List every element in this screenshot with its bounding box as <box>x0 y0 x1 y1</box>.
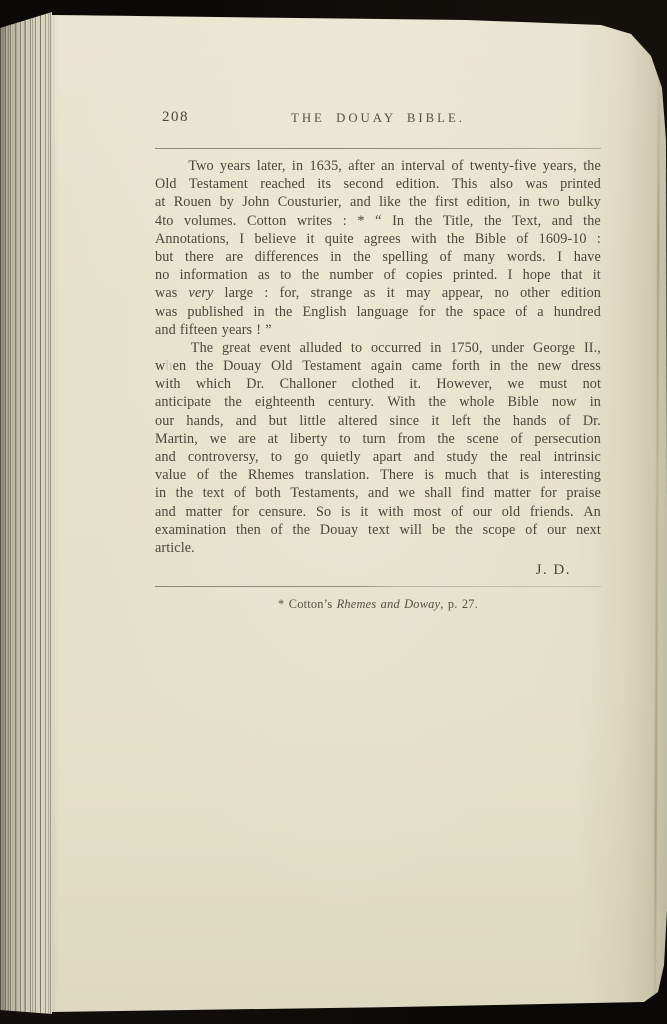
word: edition, <box>467 194 511 211</box>
word: at <box>268 431 278 448</box>
word: Testament <box>189 176 248 193</box>
word: of <box>197 467 209 484</box>
word: edition <box>561 285 601 302</box>
word: as <box>363 285 375 302</box>
word: There <box>380 467 414 484</box>
word: in <box>430 340 441 357</box>
word: little <box>299 413 326 430</box>
text-line: 4tovolumes.Cottonwrites:*“IntheTitle,the… <box>155 213 601 231</box>
word: may <box>406 285 431 302</box>
word: : <box>597 231 601 248</box>
word: was <box>155 285 177 302</box>
word: Cotton <box>247 213 286 230</box>
word: also <box>490 176 513 193</box>
text-line: inthetextofbothTestaments,andweshallfind… <box>155 485 601 503</box>
text-line: waspublishedintheEnglishlanguageforthesp… <box>155 304 601 322</box>
word: great <box>222 340 251 357</box>
word: scope <box>483 522 516 539</box>
word: it <box>431 413 439 430</box>
word: space <box>473 304 505 321</box>
word: in <box>292 158 303 175</box>
text-line: Martin,weareatlibertytoturnfromthesceneo… <box>155 431 601 449</box>
word: the <box>484 213 502 230</box>
word: not <box>583 376 601 393</box>
spine-crease <box>654 65 660 1000</box>
word: text <box>368 522 390 539</box>
word: and <box>236 413 257 430</box>
word: 1750, <box>450 340 482 357</box>
word: agrees <box>364 231 401 248</box>
word: apart <box>373 449 402 466</box>
word: fifteen <box>180 322 218 339</box>
word: it <box>387 285 395 302</box>
word: differences <box>255 249 319 266</box>
word: an <box>381 158 395 175</box>
footnote-line: * Cotton’s Rhemes and Doway, p. 27. <box>155 597 601 612</box>
word: matter <box>494 485 531 502</box>
word: twenty-five <box>470 158 537 175</box>
word: it <box>593 267 601 284</box>
word: left <box>452 413 471 430</box>
word: our <box>155 413 174 430</box>
word: we <box>210 431 227 448</box>
running-title: THE DOUAY BIBLE. <box>155 111 601 126</box>
word: was <box>525 176 547 193</box>
word: it <box>360 504 368 521</box>
word: the <box>429 394 447 411</box>
word: The <box>191 340 213 357</box>
word: two <box>538 194 560 211</box>
word: writes <box>297 213 332 230</box>
word: However, <box>436 376 492 393</box>
word: ! <box>256 322 261 339</box>
word: by <box>220 194 234 211</box>
word: strange <box>311 285 353 302</box>
word: translation. <box>305 467 370 484</box>
word: that <box>487 467 509 484</box>
word: 1635, <box>310 158 342 175</box>
word: of <box>440 249 452 266</box>
word: Testaments, <box>290 485 358 502</box>
word: forth <box>452 358 480 375</box>
word: later, <box>257 158 286 175</box>
word: under <box>491 340 524 357</box>
word: is <box>424 467 434 484</box>
word: both <box>255 485 281 502</box>
text-line: atRouenbyJohnCousturier,andlikethefirste… <box>155 194 601 212</box>
word: the <box>583 213 601 230</box>
word: Dr. <box>246 376 264 393</box>
word: the <box>445 304 463 321</box>
word: language <box>357 304 409 321</box>
word: must <box>539 376 567 393</box>
word: the <box>490 449 508 466</box>
word: and <box>350 194 371 211</box>
word: we <box>398 485 415 502</box>
word: century. <box>328 394 374 411</box>
page-header: 208 THE DOUAY BIBLE. <box>155 109 601 128</box>
word: years, <box>543 158 577 175</box>
word: the <box>415 213 433 230</box>
word: and <box>155 449 176 466</box>
word: will <box>400 522 422 539</box>
word: eighteenth <box>255 394 315 411</box>
word: the <box>455 522 473 539</box>
word: since <box>390 413 420 430</box>
word: of <box>271 522 283 539</box>
word: there <box>185 249 214 266</box>
word: the <box>224 394 242 411</box>
word: of <box>452 158 464 175</box>
word: and <box>155 322 176 339</box>
word: many <box>463 249 495 266</box>
word: An <box>583 504 601 521</box>
word: a <box>537 304 543 321</box>
word: very <box>189 285 214 302</box>
word: but <box>155 249 173 266</box>
word: shall <box>424 485 451 502</box>
word: the <box>447 231 465 248</box>
word: of <box>451 504 463 521</box>
word: came <box>412 358 442 375</box>
word: to <box>339 431 350 448</box>
word: the <box>409 194 427 211</box>
word: Old <box>155 176 177 193</box>
word: hope <box>523 267 551 284</box>
word: Bible <box>475 231 506 248</box>
word: now <box>552 394 577 411</box>
word: dress <box>571 358 601 375</box>
word: This <box>452 176 478 193</box>
word: Text, <box>512 213 541 230</box>
word: find <box>461 485 484 502</box>
book-page: 208 THE DOUAY BIBLE. Twoyearslater,in163… <box>46 10 667 1014</box>
word: appear, <box>442 285 483 302</box>
word: and <box>414 449 435 466</box>
word: persecution <box>534 431 601 448</box>
word: in <box>330 249 341 266</box>
text-line: andmatterforcensure.Soisitwithmostofouro… <box>155 504 601 522</box>
word: we <box>507 376 524 393</box>
word: the <box>483 413 501 430</box>
word: believe <box>254 231 296 248</box>
word: Douay <box>320 522 358 539</box>
word: whole <box>459 394 494 411</box>
word: turn <box>362 431 385 448</box>
word: copies <box>406 267 443 284</box>
text-line: anticipatetheeighteenthcentury.Withthewh… <box>155 394 601 412</box>
word: words. <box>507 249 546 266</box>
word: hundred <box>554 304 601 321</box>
word: interesting <box>540 467 601 484</box>
word: with <box>411 231 437 248</box>
word: for <box>419 304 436 321</box>
text-line: noinformationastothenumberofcopiesprinte… <box>155 267 601 285</box>
word: quite <box>325 231 354 248</box>
word: of <box>234 485 246 502</box>
word: the <box>292 522 310 539</box>
word: the <box>196 358 214 375</box>
word: be <box>432 522 446 539</box>
word: censure. <box>259 504 307 521</box>
word: Dr. <box>583 413 601 430</box>
text-line: ourhands,andbutlittlealteredsinceitleftt… <box>155 413 601 431</box>
word: our <box>473 504 492 521</box>
word: large <box>225 285 254 302</box>
word: Rhemes <box>248 467 294 484</box>
word: Testament <box>302 358 361 375</box>
word: that <box>561 267 583 284</box>
header-rule <box>155 148 601 149</box>
word: again <box>371 358 402 375</box>
word: event <box>260 340 291 357</box>
word: quietly <box>321 449 361 466</box>
word: occurred <box>371 340 421 357</box>
word: Rouen <box>174 194 212 211</box>
word: is <box>341 504 351 521</box>
word: 4to <box>155 213 173 230</box>
word: with <box>155 376 181 393</box>
text-line: Twoyearslater,in1635,afteranintervaloftw… <box>155 158 601 176</box>
paragraph: Twoyearslater,in1635,afteranintervaloftw… <box>155 158 601 340</box>
word: the <box>220 467 238 484</box>
word: “ <box>375 213 381 230</box>
word: it. <box>409 376 421 393</box>
word: : <box>264 285 268 302</box>
word: clothed <box>352 376 394 393</box>
word: controversy, <box>188 449 259 466</box>
word: Bible <box>508 394 539 411</box>
word: Cousturier, <box>278 194 342 211</box>
word: alluded <box>300 340 342 357</box>
word: interval <box>401 158 445 175</box>
word: our <box>547 522 566 539</box>
word: printed. <box>453 267 498 284</box>
word: to <box>280 267 291 284</box>
text-line: andcontroversy,togoquietlyapartandstudyt… <box>155 449 601 467</box>
word: information <box>180 267 248 284</box>
word: old <box>502 504 520 521</box>
word: edition. <box>396 176 440 193</box>
word: With <box>387 394 415 411</box>
word: its <box>317 176 331 193</box>
text-line: whentheDouayOldTestamentagaincameforthin… <box>155 358 601 376</box>
word: of <box>511 431 523 448</box>
word: value <box>155 467 186 484</box>
word: for, <box>280 285 300 302</box>
word: the <box>583 158 601 175</box>
word: intrinsic <box>554 449 601 466</box>
text-line: Thegreateventalludedtooccurredin1750,und… <box>155 340 601 358</box>
word: altered <box>338 413 377 430</box>
word: as <box>258 267 270 284</box>
word: but <box>269 413 287 430</box>
footnote-rule <box>155 586 601 587</box>
author-initials: J. D. <box>155 562 601 581</box>
word: for <box>232 504 249 521</box>
word: next <box>576 522 601 539</box>
word: examination <box>155 522 226 539</box>
word: * <box>357 213 364 230</box>
word: of <box>525 522 537 539</box>
word: are <box>226 249 244 266</box>
word: much <box>445 467 477 484</box>
word: number <box>329 267 373 284</box>
word: to <box>351 340 362 357</box>
word: and <box>368 485 389 502</box>
text-line: buttherearedifferencesinthespellingofman… <box>155 249 601 267</box>
word: I <box>557 249 562 266</box>
word: Two <box>188 158 213 175</box>
text-line: examinationthenoftheDouaytextwillbethesc… <box>155 522 601 540</box>
word: the <box>302 267 320 284</box>
word: of <box>515 304 527 321</box>
paragraph: Thegreateventalludedtooccurredin1750,und… <box>155 340 601 558</box>
word: in <box>590 394 601 411</box>
word: the <box>275 304 293 321</box>
word: in <box>519 194 530 211</box>
word: hands <box>513 413 547 430</box>
word: of <box>559 413 571 430</box>
word: is <box>520 467 530 484</box>
word: like <box>379 194 401 211</box>
word: spelling <box>382 249 428 266</box>
word: reached <box>260 176 305 193</box>
word: when <box>155 358 186 375</box>
word: article. <box>155 540 195 557</box>
word: printed <box>560 176 601 193</box>
word: friends. <box>530 504 574 521</box>
word: which <box>196 376 231 393</box>
text-line: withwhichDr.Challonerclothedit.However,w… <box>155 376 601 394</box>
word: anticipate <box>155 394 211 411</box>
word: after <box>348 158 375 175</box>
word: then <box>236 522 261 539</box>
word: no <box>155 267 169 284</box>
word: : <box>343 213 347 230</box>
word: other <box>520 285 550 302</box>
text-line: Annotations,Ibelieveitquiteagreeswiththe… <box>155 231 601 249</box>
word: So <box>316 504 331 521</box>
word: years <box>220 158 250 175</box>
word: study <box>447 449 478 466</box>
word: I <box>239 231 244 248</box>
word: text <box>203 485 225 502</box>
word: Douay <box>223 358 261 375</box>
word: at <box>155 194 165 211</box>
word: volumes. <box>184 213 236 230</box>
word: and <box>155 504 176 521</box>
word: 1609-10 <box>539 231 587 248</box>
word: I <box>508 267 513 284</box>
word: it <box>306 231 314 248</box>
page-top-edge-highlight <box>51 13 613 20</box>
word: the <box>353 249 371 266</box>
word: scene <box>467 431 499 448</box>
word: with <box>378 504 404 521</box>
word: to <box>271 449 282 466</box>
word: the <box>510 358 528 375</box>
word: from <box>398 431 426 448</box>
word: II., <box>584 340 601 357</box>
word: new <box>538 358 562 375</box>
word: the <box>176 485 194 502</box>
word: George <box>533 340 575 357</box>
word: hands, <box>186 413 223 430</box>
text-line: valueoftheRhemestranslation.Thereismucht… <box>155 467 601 485</box>
text-line: andfifteenyears!” <box>155 322 601 340</box>
word: John <box>242 194 269 211</box>
word: in <box>490 358 501 375</box>
word: Annotations, <box>155 231 229 248</box>
word: In <box>392 213 404 230</box>
text-line: article. <box>155 540 601 558</box>
word: the <box>437 431 455 448</box>
word: of <box>384 267 396 284</box>
word: no <box>495 285 509 302</box>
body-paragraphs: Twoyearslater,in1635,afteranintervaloftw… <box>155 158 601 558</box>
word: have <box>574 249 601 266</box>
word: for <box>540 485 557 502</box>
word: second <box>343 176 383 193</box>
word: published <box>187 304 243 321</box>
word: bulky <box>568 194 601 211</box>
word: years <box>222 322 252 339</box>
word: praise <box>566 485 600 502</box>
word: most <box>413 504 441 521</box>
book-scan: 208 THE DOUAY BIBLE. Twoyearslater,in163… <box>0 0 667 1024</box>
word: in <box>254 304 265 321</box>
word: matter <box>186 504 223 521</box>
word: Title, <box>443 213 473 230</box>
text-line: wasverylarge:for,strangeasitmayappear,no… <box>155 285 601 303</box>
word: go <box>294 449 308 466</box>
word: in <box>155 485 166 502</box>
word: Old <box>271 358 293 375</box>
printed-content: 208 THE DOUAY BIBLE. Twoyearslater,in163… <box>155 109 601 612</box>
word: are <box>238 431 256 448</box>
word: Challoner <box>280 376 337 393</box>
word: English <box>302 304 346 321</box>
word: was <box>155 304 177 321</box>
word: Martin, <box>155 431 198 448</box>
word: ” <box>265 322 271 339</box>
word: liberty <box>290 431 328 448</box>
word: of <box>516 231 528 248</box>
word: first <box>435 194 458 211</box>
word: and <box>552 213 573 230</box>
page-edges-stack <box>0 12 52 1014</box>
text-line: OldTestamentreacheditssecondedition.This… <box>155 176 601 194</box>
word: real <box>520 449 542 466</box>
